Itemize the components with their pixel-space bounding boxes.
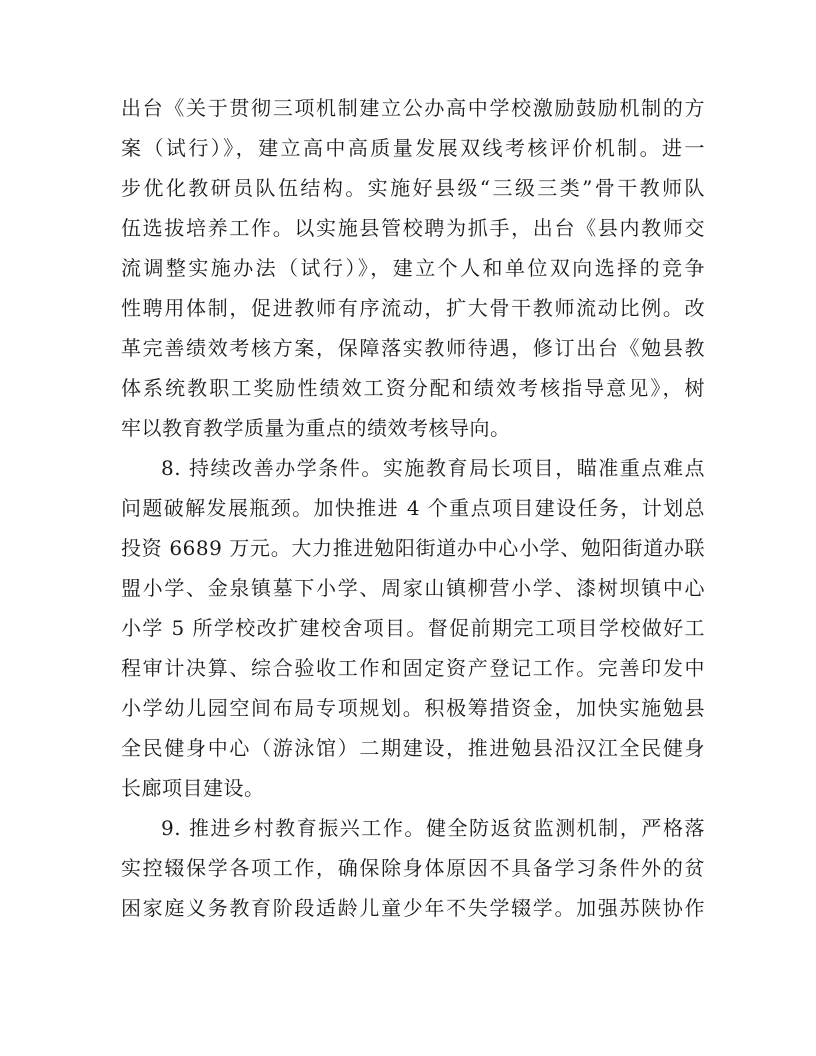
document-body: 出台《关于贯彻三项机制建立公办高中学校激励鼓励机制的方 案（试行）》，建立高中高… [121,92,705,932]
text-line: 体系统教职工奖励性绩效工资分配和绩效考核指导意见》，树 [121,372,705,412]
text-line: 流调整实施办法（试行）》，建立个人和单位双向选择的竞争 [121,252,705,292]
paragraph-7-continued: 出台《关于贯彻三项机制建立公办高中学校激励鼓励机制的方 案（试行）》，建立高中高… [121,92,705,452]
paragraph-heading-line: 9. 推进乡村教育振兴工作。健全防返贫监测机制，严格落 [121,812,705,852]
paragraph-9: 9. 推进乡村教育振兴工作。健全防返贫监测机制，严格落 实控辍保学各项工作，确保… [121,812,705,932]
text-line: 性聘用体制，促进教师有序流动，扩大骨干教师流动比例。改 [121,292,705,332]
text-line: 问题破解发展瓶颈。加快推进 4 个重点项目建设任务，计划总 [121,492,705,532]
text-line: 伍选拔培养工作。以实施县管校聘为抓手，出台《县内教师交 [121,212,705,252]
text-line: 革完善绩效考核方案，保障落实教师待遇，修订出台《勉县教 [121,332,705,372]
text-line: 小学 5 所学校改扩建校舍项目。督促前期完工项目学校做好工 [121,612,705,652]
text-line: 程审计决算、综合验收工作和固定资产登记工作。完善印发中 [121,652,705,692]
text-line: 全民健身中心（游泳馆）二期建设，推进勉县沿汉江全民健身 [121,732,705,772]
text-line: 盟小学、金泉镇墓下小学、周家山镇柳营小学、漆树坝镇中心 [121,572,705,612]
text-line: 投资 6689 万元。大力推进勉阳街道办中心小学、勉阳街道办联 [121,532,705,572]
text-line: 实控辍保学各项工作，确保除身体原因不具备学习条件外的贫 [121,852,705,892]
paragraph-heading-line: 8. 持续改善办学条件。实施教育局长项目，瞄准重点难点 [121,452,705,492]
text-line: 步优化教研员队伍结构。实施好县级“三级三类”骨干教师队 [121,172,705,212]
text-line: 牢以教育教学质量为重点的绩效考核导向。 [121,412,705,452]
document-page: 出台《关于贯彻三项机制建立公办高中学校激励鼓励机制的方 案（试行）》，建立高中高… [0,0,816,1056]
text-line: 长廊项目建设。 [121,772,705,812]
paragraph-8: 8. 持续改善办学条件。实施教育局长项目，瞄准重点难点 问题破解发展瓶颈。加快推… [121,452,705,812]
text-line: 困家庭义务教育阶段适龄儿童少年不失学辍学。加强苏陕协作 [121,892,705,932]
text-line: 小学幼儿园空间布局专项规划。积极筹措资金，加快实施勉县 [121,692,705,732]
text-line: 案（试行）》，建立高中高质量发展双线考核评价机制。进一 [121,132,705,172]
text-line: 出台《关于贯彻三项机制建立公办高中学校激励鼓励机制的方 [121,92,705,132]
